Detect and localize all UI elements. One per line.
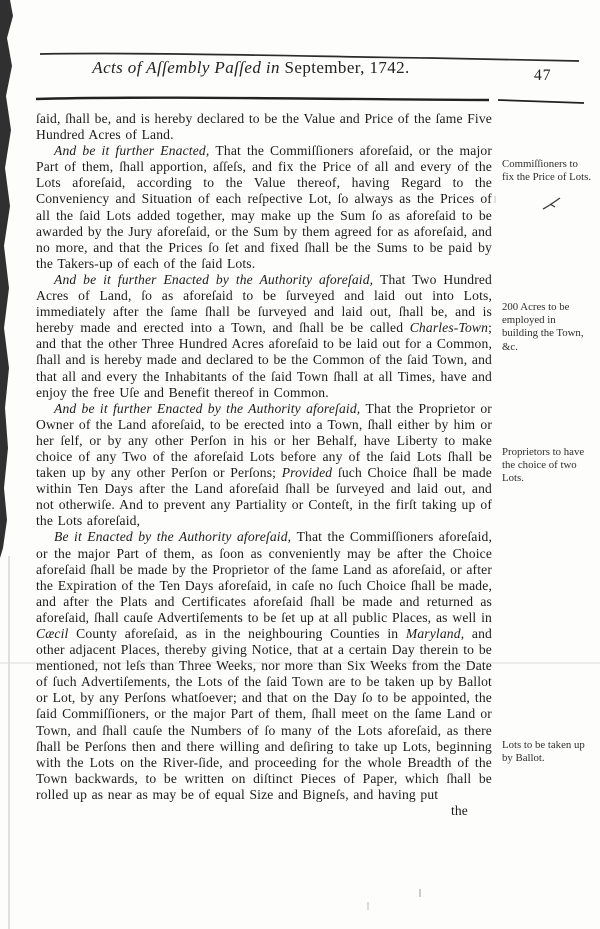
enacting-clause: And be it further Enacted by the Authori… [54, 272, 380, 287]
enacting-clause: And be it further Enacted, [54, 143, 215, 158]
text-segment: ſaid, ſhall be, and is hereby declared t… [36, 111, 492, 142]
header-title-roman-part: September, 1742. [280, 58, 410, 77]
header-rule-main [36, 98, 489, 100]
place-name-italic: Cæcil [36, 626, 68, 641]
scanned-document-page: Acts of Aſſembly Paſſed in September, 17… [0, 0, 600, 929]
paragraph: And be it further Enacted by the Authori… [36, 401, 492, 530]
margin-note: 200 Acres to be employed in building the… [502, 301, 592, 354]
paragraph: And be it further Enacted by the Authori… [36, 272, 492, 401]
paragraph: Be it Enacted by the Authority aforeſaid… [36, 529, 492, 803]
page-number: 47 [534, 67, 552, 85]
place-name-italic: Maryland [406, 626, 461, 641]
body-text-column: ſaid, ſhall be, and is hereby declared t… [36, 111, 492, 819]
binding-edge-band [0, 0, 13, 558]
paragraph: And be it further Enacted, That the Comm… [36, 143, 492, 272]
text-segment: County aforeſaid, as in the neighbouring… [68, 626, 405, 641]
enacting-clause: And be it further Enacted by the Authori… [54, 401, 366, 416]
text-segment: That the Commiſſioners aforeſaid, or the… [36, 143, 492, 271]
pen-flourish-mark [541, 196, 563, 212]
header-title-italic-part: Acts of Aſſembly Paſſed in [92, 58, 280, 77]
margin-note: Proprietors to have the choice of two Lo… [502, 446, 592, 486]
text-segment: , and other adjacent Places, thereby giv… [36, 626, 492, 802]
header-rule-right [498, 100, 584, 103]
margin-note: Lots to be taken up by Ballot. [502, 739, 592, 765]
paragraph: ſaid, ſhall be, and is hereby declared t… [36, 111, 492, 143]
place-name-italic: Charles-Town [410, 320, 488, 335]
proviso-italic: Provided [282, 465, 333, 480]
running-header-title: Acts of Aſſembly Paſſed in September, 17… [36, 58, 466, 78]
margin-note: Commiſſioners to fix the Price of Lots. [502, 158, 592, 184]
catchword: the [36, 803, 492, 819]
enacting-clause: Be it Enacted by the Authority aforeſaid… [54, 529, 297, 544]
